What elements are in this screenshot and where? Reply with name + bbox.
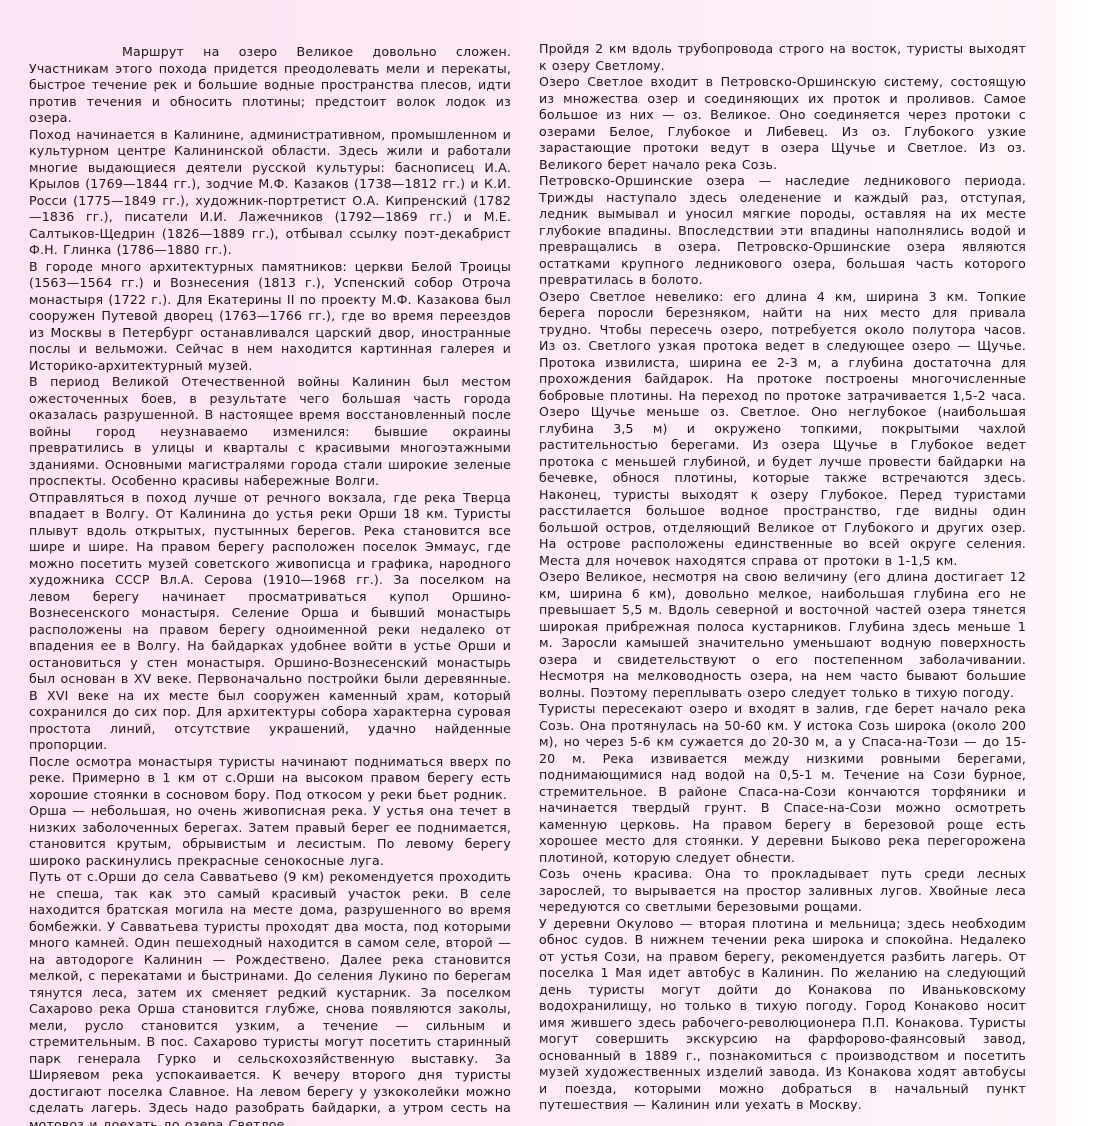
- paragraph-soz-river: Туристы пересекают озеро и входят в зали…: [539, 701, 1026, 866]
- paragraph-orsha: Орша — небольшая, но очень живописная ре…: [29, 803, 511, 869]
- paragraph-lake-velikoe: Озеро Великое, несмотря на свою величину…: [539, 569, 1026, 701]
- paragraph-lake-svetloe: Озеро Светлое невелико: его длина 4 км, …: [539, 289, 1026, 570]
- paragraph-intro: Маршрут на озеро Великое довольно сложен…: [29, 44, 511, 127]
- page-edge-fade: [1050, 0, 1105, 1126]
- paragraph-pipeline: Пройдя 2 км вдоль трубопровода строго на…: [539, 41, 1026, 74]
- paragraph-okulovo: У деревни Окулово — вторая плотина и мел…: [539, 916, 1026, 1114]
- paragraph-departure: Отправляться в поход лучше от речного во…: [29, 490, 511, 754]
- paragraph-savvatyevo: Путь от с.Орши до села Савватьево (9 км)…: [29, 869, 511, 1126]
- paragraph-lake-system: Озеро Светлое входит в Петровско-Оршинск…: [539, 74, 1026, 173]
- scanned-page: Маршрут на озеро Великое довольно сложен…: [0, 0, 1105, 1126]
- left-column: Маршрут на озеро Великое довольно сложен…: [29, 44, 511, 1126]
- paragraph-monastery: После осмотра монастыря туристы начинают…: [29, 754, 511, 804]
- paragraph-monuments: В городе много архитектурных памятников:…: [29, 259, 511, 375]
- paragraph-war: В период Великой Отечественной войны Кал…: [29, 374, 511, 490]
- right-column: Пройдя 2 км вдоль трубопровода строго на…: [539, 41, 1026, 1114]
- paragraph-soz-beauty: Созь очень красива. Она то прокладывает …: [539, 866, 1026, 916]
- paragraph-kalinin: Поход начинается в Калинине, администрат…: [29, 127, 511, 259]
- paragraph-glacial: Петровско-Оршинские озера — наследие лед…: [539, 173, 1026, 289]
